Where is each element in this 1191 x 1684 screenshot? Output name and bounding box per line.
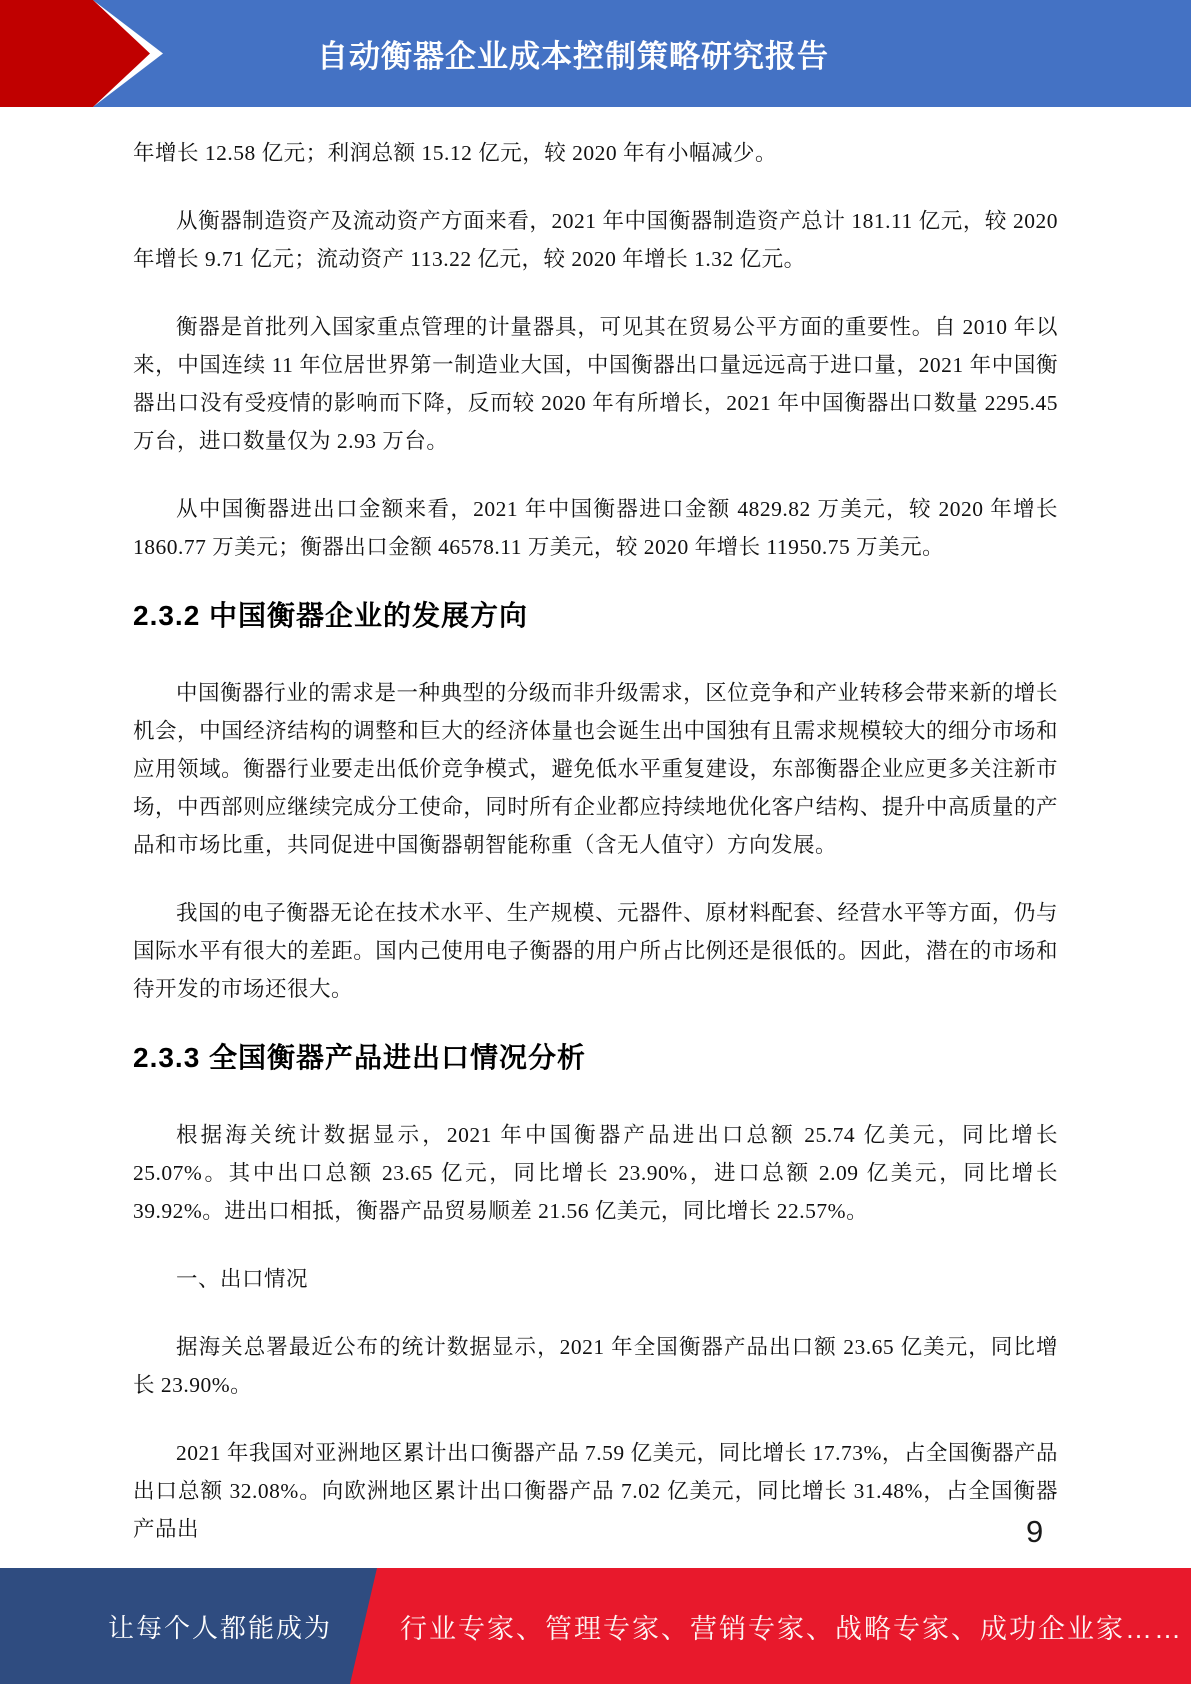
page-number: 9	[1026, 1514, 1043, 1550]
sub-heading: 一、出口情况	[133, 1260, 1058, 1298]
page-title: 自动衡器企业成本控制策略研究报告	[160, 0, 1191, 107]
footer-banner: 让每个人都能成为 行业专家、管理专家、营销专家、战略专家、成功企业家……	[0, 1568, 1191, 1684]
paragraph: 从中国衡器进出口金额来看，2021 年中国衡器进口金额 4829.82 万美元，…	[133, 490, 1058, 566]
paragraph: 衡器是首批列入国家重点管理的计量器具，可见其在贸易公平方面的重要性。自 2010…	[133, 308, 1058, 460]
paragraph: 据海关总署最近公布的统计数据显示，2021 年全国衡器产品出口额 23.65 亿…	[133, 1328, 1058, 1404]
arrow-icon	[0, 0, 164, 107]
footer-slogan-left: 让每个人都能成为	[0, 1568, 350, 1684]
section-heading: 2.3.3 全国衡器产品进出口情况分析	[133, 1038, 1058, 1078]
footer-slogan-right: 行业专家、管理专家、营销专家、战略专家、成功企业家……	[400, 1568, 1191, 1684]
paragraph: 年增长 12.58 亿元；利润总额 15.12 亿元，较 2020 年有小幅减少…	[133, 134, 1058, 172]
paragraph: 根据海关统计数据显示，2021 年中国衡器产品进出口总额 25.74 亿美元，同…	[133, 1116, 1058, 1230]
paragraph: 从衡器制造资产及流动资产方面来看，2021 年中国衡器制造资产总计 181.11…	[133, 202, 1058, 278]
document-body: 年增长 12.58 亿元；利润总额 15.12 亿元，较 2020 年有小幅减少…	[133, 107, 1058, 1578]
paragraph: 2021 年我国对亚洲地区累计出口衡器产品 7.59 亿美元，同比增长 17.7…	[133, 1434, 1058, 1548]
arrow-fill	[0, 0, 150, 107]
paragraph: 我国的电子衡器无论在技术水平、生产规模、元器件、原材料配套、经营水平等方面，仍与…	[133, 894, 1058, 1008]
report-page: 自动衡器企业成本控制策略研究报告 年增长 12.58 亿元；利润总额 15.12…	[0, 0, 1191, 1684]
section-heading: 2.3.2 中国衡器企业的发展方向	[133, 596, 1058, 636]
header-banner: 自动衡器企业成本控制策略研究报告	[0, 0, 1191, 107]
paragraph: 中国衡器行业的需求是一种典型的分级而非升级需求，区位竞争和产业转移会带来新的增长…	[133, 674, 1058, 864]
